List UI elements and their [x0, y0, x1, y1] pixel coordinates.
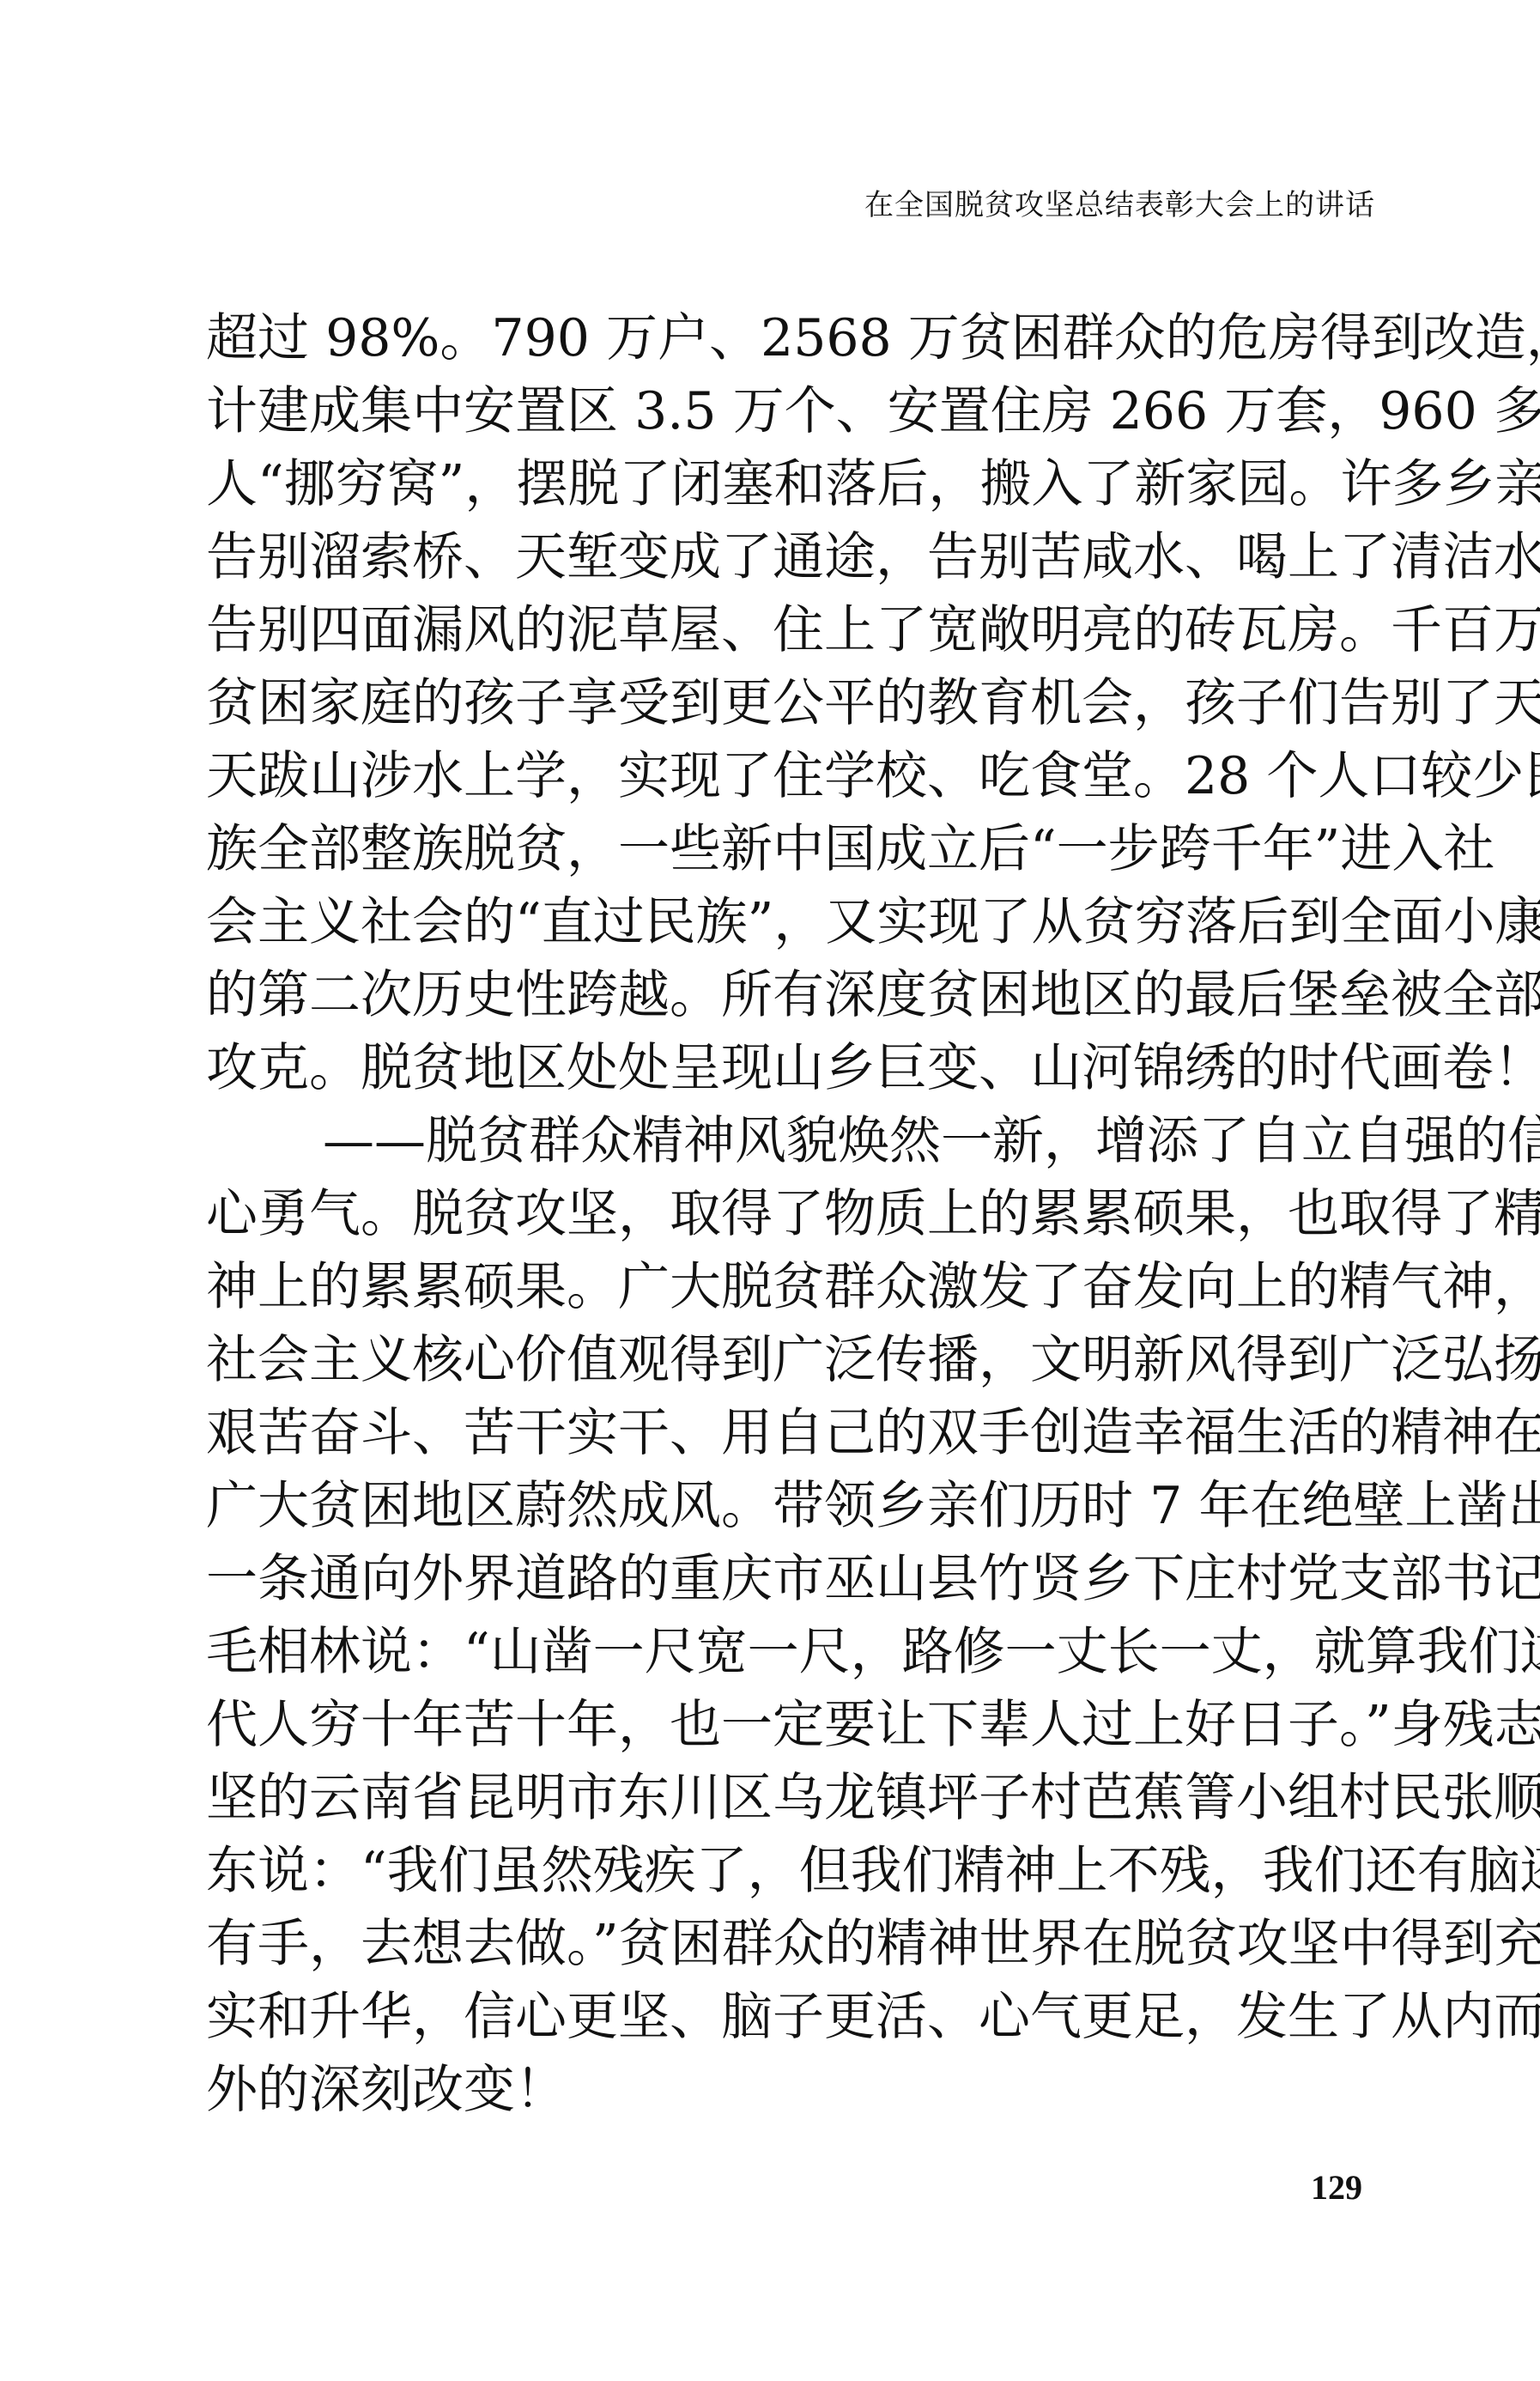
text-line: 心勇气。脱贫攻坚，取得了物质上的累累硕果，也取得了精 — [206, 1178, 1379, 1251]
text-line: 代人穷十年苦十年，也一定要让下辈人过上好日子。”身残志 — [206, 1689, 1379, 1762]
text-line: 攻克。脱贫地区处处呈现山乡巨变、山河锦绣的时代画卷！ — [206, 1032, 1379, 1105]
text-line: 一条通向外界道路的重庆市巫山县竹贤乡下庄村党支部书记 — [206, 1543, 1379, 1616]
page-number: 129 — [1311, 2171, 1362, 2205]
running-header: 在全国脱贫攻坚总结表彰大会上的讲话 — [864, 191, 1375, 220]
text-line: 天跋山涉水上学，实现了住学校、吃食堂。28 个人口较少民 — [206, 740, 1379, 813]
text-line: 毛相林说：“山凿一尺宽一尺，路修一丈长一丈，就算我们这 — [206, 1616, 1379, 1689]
text-line: 神上的累累硕果。广大脱贫群众激发了奋发向上的精气神， — [206, 1251, 1379, 1324]
text-line: 贫困家庭的孩子享受到更公平的教育机会，孩子们告别了天 — [206, 667, 1379, 740]
text-line: 告别四面漏风的泥草屋、住上了宽敞明亮的砖瓦房。千百万 — [206, 594, 1379, 667]
text-line: 计建成集中安置区 3.5 万个、安置住房 266 万套，960 多万 — [206, 375, 1379, 448]
text-line: 东说：“我们虽然残疾了，但我们精神上不残，我们还有脑还 — [206, 1835, 1379, 1908]
text-line: 坚的云南省昆明市东川区乌龙镇坪子村芭蕉箐小组村民张顺 — [206, 1762, 1379, 1835]
text-line: 会主义社会的“直过民族”，又实现了从贫穷落后到全面小康 — [206, 886, 1379, 959]
text-line: 有手，去想去做。”贫困群众的精神世界在脱贫攻坚中得到充 — [206, 1908, 1379, 1981]
text-line: 人“挪穷窝”，摆脱了闭塞和落后，搬入了新家园。许多乡亲 — [206, 448, 1379, 521]
text-line: 族全部整族脱贫，一些新中国成立后“一步跨千年”进入社 — [206, 813, 1379, 886]
text-line: 实和升华，信心更坚、脑子更活、心气更足，发生了从内而 — [206, 1981, 1379, 2054]
text-line: 告别溜索桥、天堑变成了通途，告别苦咸水、喝上了清洁水， — [206, 521, 1379, 594]
text-line: ——脱贫群众精神风貌焕然一新，增添了自立自强的信 — [206, 1105, 1379, 1178]
text-line: 广大贫困地区蔚然成风。带领乡亲们历时 7 年在绝壁上凿出 — [206, 1470, 1379, 1543]
text-line: 社会主义核心价值观得到广泛传播，文明新风得到广泛弘扬， — [206, 1324, 1379, 1397]
text-line: 艰苦奋斗、苦干实干、用自己的双手创造幸福生活的精神在 — [206, 1397, 1379, 1470]
text-line: 外的深刻改变！ — [206, 2054, 1379, 2127]
text-line: 的第二次历史性跨越。所有深度贫困地区的最后堡垒被全部 — [206, 959, 1379, 1032]
text-line: 超过 98%。790 万户、2568 万贫困群众的危房得到改造，累 — [206, 302, 1379, 375]
